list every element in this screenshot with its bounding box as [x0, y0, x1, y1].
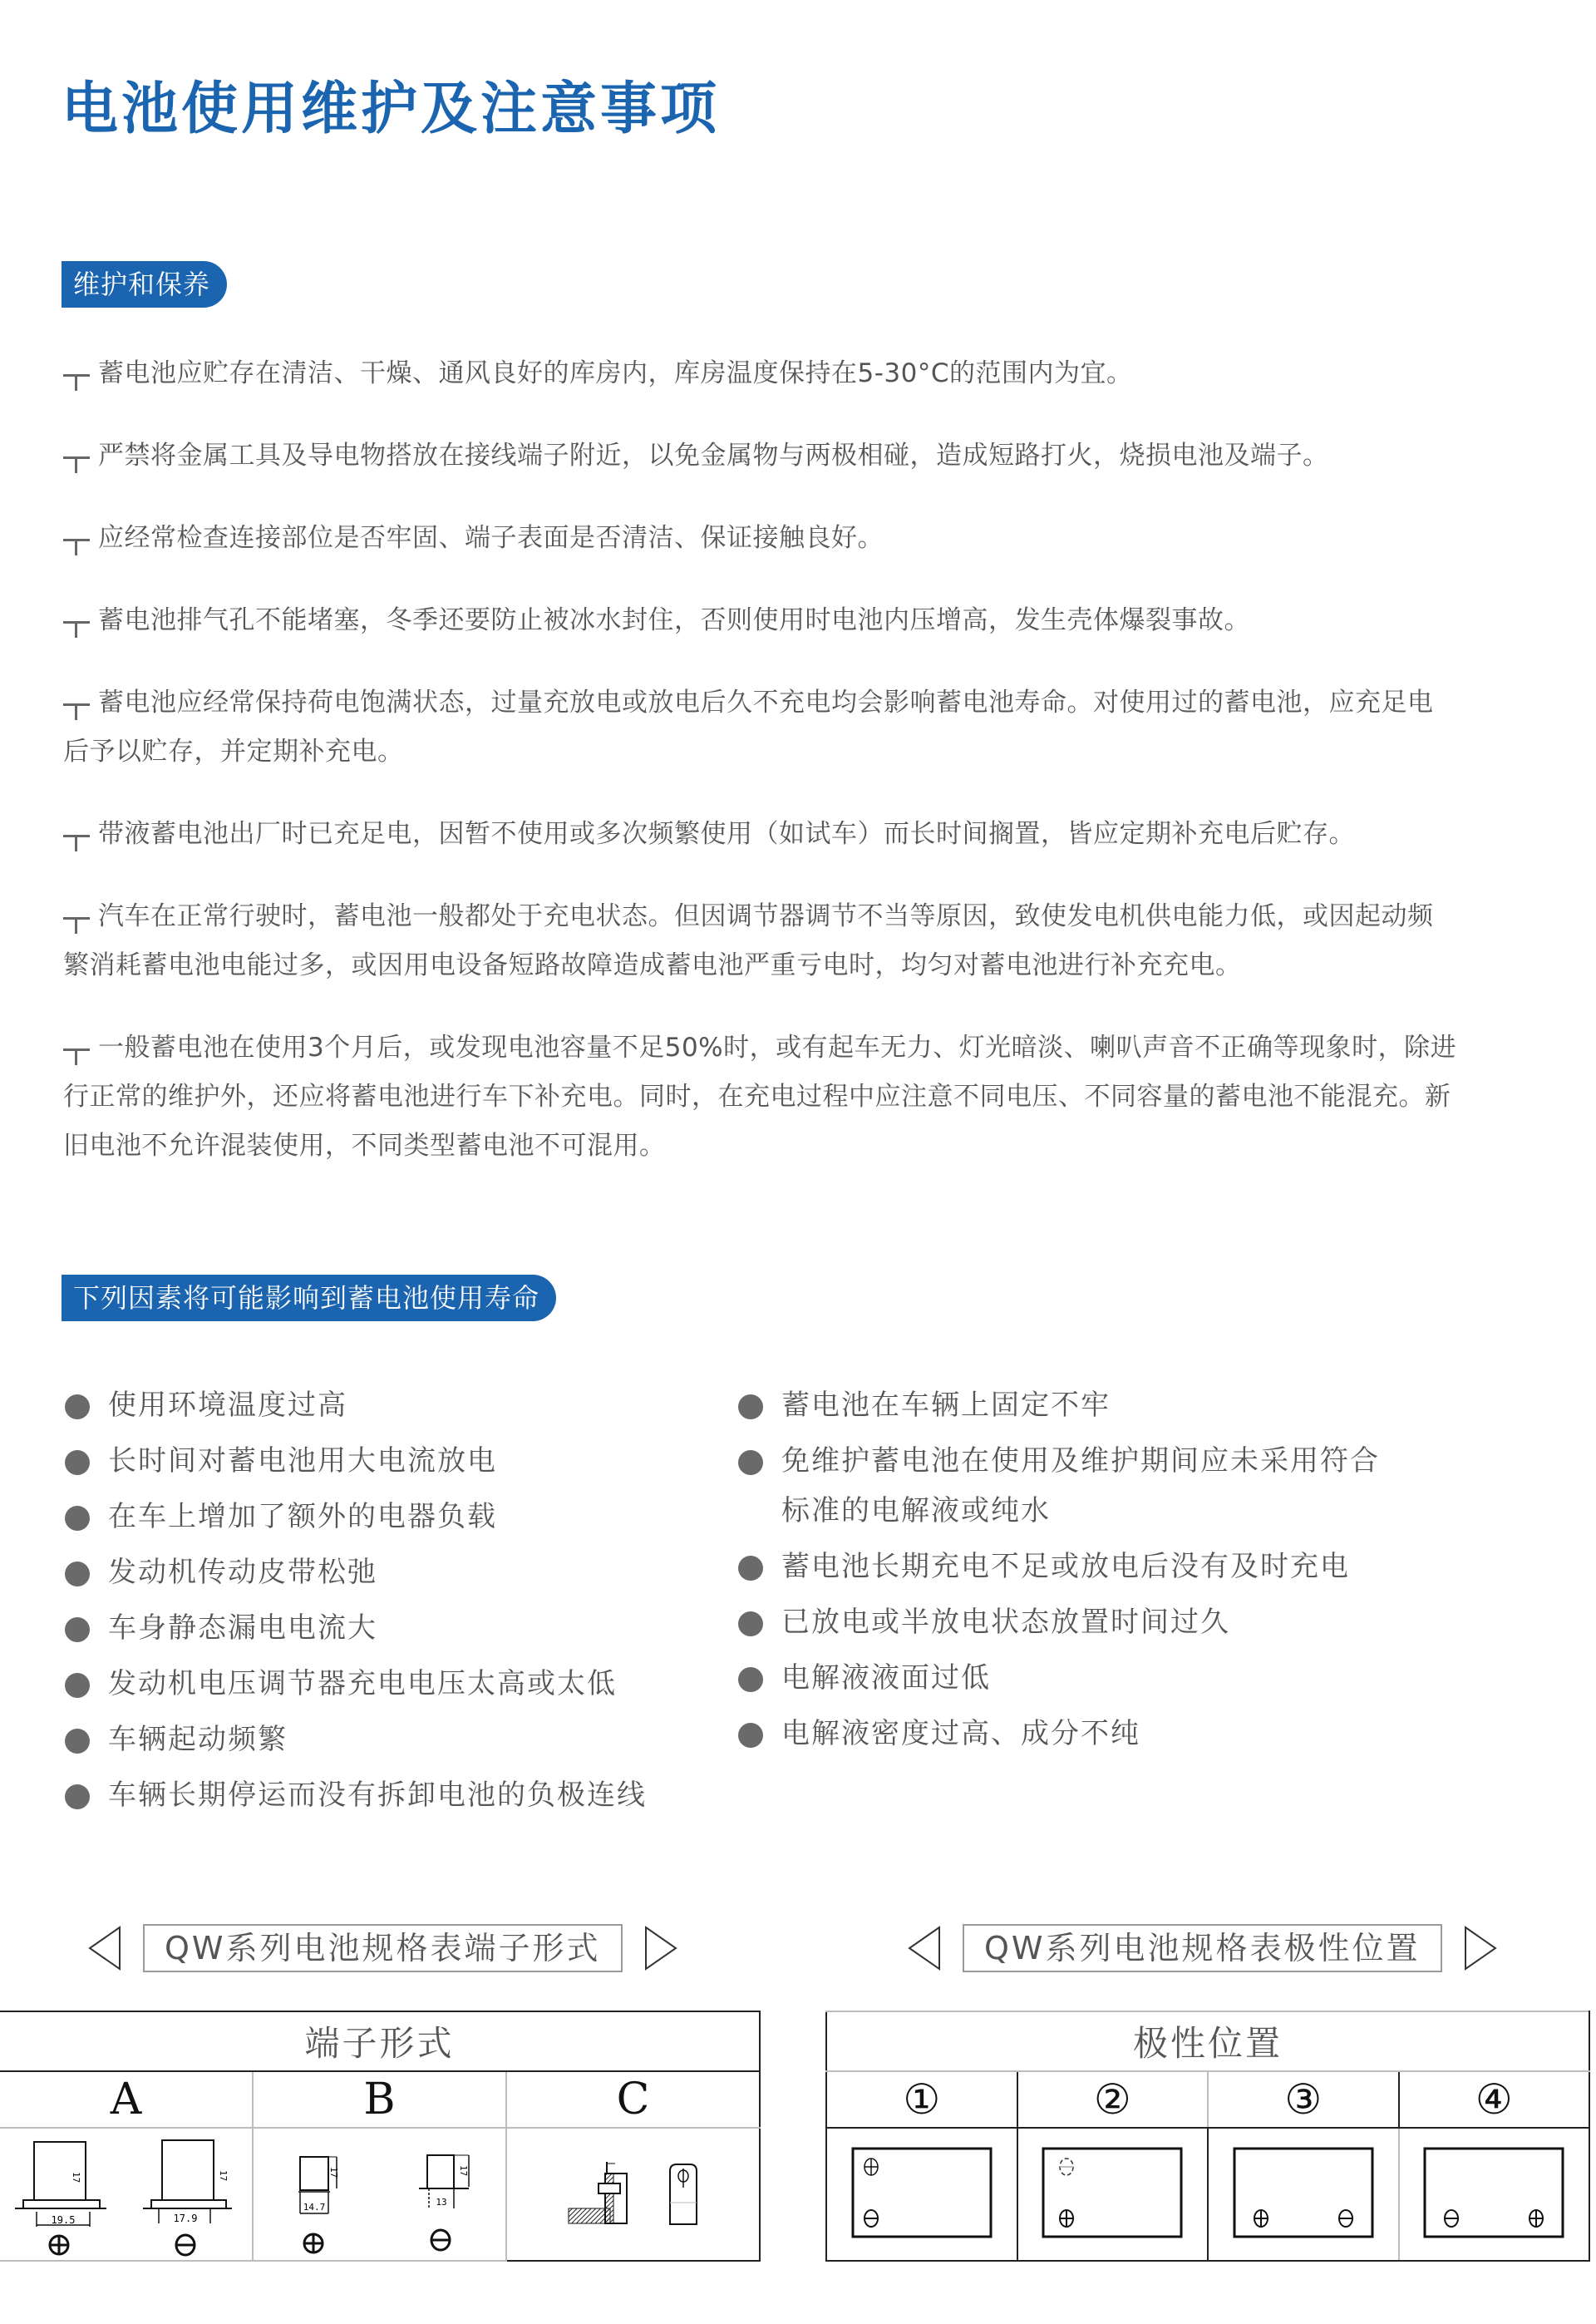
bullet-icon [65, 1617, 90, 1642]
terminal-b-negative-icon: 13 17 [401, 2132, 484, 2257]
tab-terminal-spec[interactable]: QW系列电池规格表端子形式 [143, 1924, 623, 1972]
polarity-1-diagram [826, 2128, 1017, 2261]
terminal-a-negative-icon: 17.9 17 [139, 2132, 239, 2257]
bullet-icon [65, 1673, 90, 1698]
list-item: 在车上增加了额外的电器负载 [63, 1492, 728, 1542]
dash-marker-icon [63, 1045, 91, 1065]
list-item: 蓄电池排气孔不能堵塞，冬季还要防止被冰水封住，否则使用时电池内压增高，发生壳体爆… [63, 596, 1534, 645]
terminal-c-front-icon [667, 2161, 700, 2228]
list-item: 蓄电池应经常保持荷电饱满状态，过量充放电或放电后久不充电均会影响蓄电池寿命。对使… [63, 678, 1534, 777]
list-item: 汽车在正常行驶时，蓄电池一般都处于充电状态。但因调节器调节不当等原因，致使发电机… [63, 892, 1534, 990]
svg-text:17: 17 [218, 2170, 229, 2181]
bullet-icon [738, 1723, 763, 1748]
list-item: 应经常检查连接部位是否牢固、端子表面是否清洁、保证接触良好。 [63, 514, 1534, 563]
list-item: 蓄电池长期充电不足或放电后没有及时充电 [736, 1542, 1485, 1591]
bullet-icon [65, 1729, 90, 1754]
list-item: 带液蓄电池出厂时已充足电，因暂不使用或多次频繁使用（如试车）而长时间搁置，皆应定… [63, 810, 1534, 859]
bullet-icon [738, 1611, 763, 1636]
list-item: 免维护蓄电池在使用及维护期间应未采用符合标准的电解液或纯水 [736, 1436, 1485, 1536]
svg-text:17: 17 [71, 2172, 81, 2183]
factors-left-column: 使用环境温度过高 长时间对蓄电池用大电流放电 在车上增加了额外的电器负载 发动机… [63, 1380, 728, 1826]
position-label-2: ② [1094, 2075, 1131, 2124]
bullet-icon [738, 1394, 763, 1419]
polarity-2-diagram [1017, 2128, 1209, 2261]
bullet-icon [738, 1556, 763, 1581]
page-title: 电池使用维护及注意事项 [62, 81, 720, 138]
svg-text:17: 17 [328, 2167, 339, 2178]
dash-marker-icon [63, 618, 91, 638]
list-item: 蓄电池应贮存在清洁、干燥、通风良好的库房内，库房温度保持在5-30°C的范围内为… [63, 349, 1534, 398]
svg-text:17.9: 17.9 [174, 2213, 198, 2224]
dash-marker-icon [63, 371, 91, 391]
terminal-c-side-icon [567, 2157, 633, 2232]
next-arrow-icon[interactable] [643, 1924, 679, 1972]
list-item: 车身静态漏电电流大 [63, 1603, 728, 1653]
terminal-c-diagram [506, 2128, 760, 2261]
position-label-3: ③ [1284, 2075, 1322, 2124]
next-arrow-icon[interactable] [1462, 1924, 1499, 1972]
list-item: 发动机传动皮带松弛 [63, 1547, 728, 1597]
list-item: 电解液液面过低 [736, 1653, 1485, 1703]
position-label-1: ① [903, 2075, 940, 2124]
dash-marker-icon [63, 914, 91, 934]
factors-right-column: 蓄电池在车辆上固定不牢 免维护蓄电池在使用及维护期间应未采用符合标准的电解液或纯… [736, 1380, 1485, 1764]
column-header-a: A [0, 2071, 253, 2128]
list-item: 使用环境温度过高 [63, 1380, 728, 1430]
terminal-b-diagram: 14.7 17 13 17 [253, 2128, 506, 2261]
dash-marker-icon [63, 831, 91, 851]
terminal-type-table: 端子形式 A B C 19.5 17 [0, 2011, 761, 2262]
position-label-4: ④ [1475, 2075, 1513, 2124]
bullet-icon [738, 1450, 763, 1475]
list-item: 电解液密度过高、成分不纯 [736, 1709, 1485, 1759]
bullet-icon [738, 1667, 763, 1692]
column-header-b: B [253, 2071, 506, 2128]
polarity-spec-tab-nav: QW系列电池规格表极性位置 [906, 1924, 1499, 1972]
polarity-position-table: 极性位置 ① ② ③ ④ [825, 2011, 1590, 2262]
list-item: 已放电或半放电状态放置时间过久 [736, 1597, 1485, 1647]
list-item: 蓄电池在车辆上固定不牢 [736, 1380, 1485, 1430]
bullet-icon [65, 1394, 90, 1419]
dash-marker-icon [63, 453, 91, 473]
terminal-b-positive-icon: 14.7 17 [275, 2132, 358, 2257]
polarity-3-diagram [1208, 2128, 1399, 2261]
column-header-c: C [506, 2071, 760, 2128]
list-item: 严禁将金属工具及导电物搭放在接线端子附近，以免金属物与两极相碰，造成短路打火，烧… [63, 432, 1534, 481]
bullet-icon [65, 1562, 90, 1586]
prev-arrow-icon[interactable] [86, 1924, 123, 1972]
prev-arrow-icon[interactable] [906, 1924, 943, 1972]
section-heading-factors: 下列因素将可能影响到蓄电池使用寿命 [62, 1275, 556, 1321]
list-item: 车辆起动频繁 [63, 1715, 728, 1764]
table-title: 端子形式 [0, 2011, 760, 2071]
list-item: 一般蓄电池在使用3个月后，或发现电池容量不足50%时，或有起车无力、灯光暗淡、喇… [63, 1024, 1534, 1171]
svg-text:14.7: 14.7 [303, 2202, 326, 2213]
terminal-a-positive-icon: 19.5 17 [13, 2132, 113, 2257]
terminal-a-diagram: 19.5 17 17.9 17 [0, 2128, 253, 2261]
bullet-icon [65, 1784, 90, 1809]
list-item: 长时间对蓄电池用大电流放电 [63, 1436, 728, 1486]
terminal-spec-tab-nav: QW系列电池规格表端子形式 [86, 1924, 679, 1972]
dash-marker-icon [63, 700, 91, 720]
table-title: 极性位置 [826, 2011, 1589, 2071]
bullet-icon [65, 1506, 90, 1531]
svg-text:13: 13 [436, 2197, 447, 2208]
polarity-4-diagram [1399, 2128, 1590, 2261]
section-heading-maintenance: 维护和保养 [62, 261, 227, 308]
maintenance-list: 蓄电池应贮存在清洁、干燥、通风良好的库房内，库房温度保持在5-30°C的范围内为… [63, 349, 1534, 1204]
bullet-icon [65, 1450, 90, 1475]
svg-text:17: 17 [458, 2165, 469, 2176]
svg-text:19.5: 19.5 [51, 2214, 75, 2226]
tab-polarity-spec[interactable]: QW系列电池规格表极性位置 [963, 1924, 1442, 1972]
dash-marker-icon [63, 535, 91, 555]
list-item: 发动机电压调节器充电电压太高或太低 [63, 1659, 728, 1709]
list-item: 车辆长期停运而没有拆卸电池的负极连线 [63, 1770, 728, 1820]
